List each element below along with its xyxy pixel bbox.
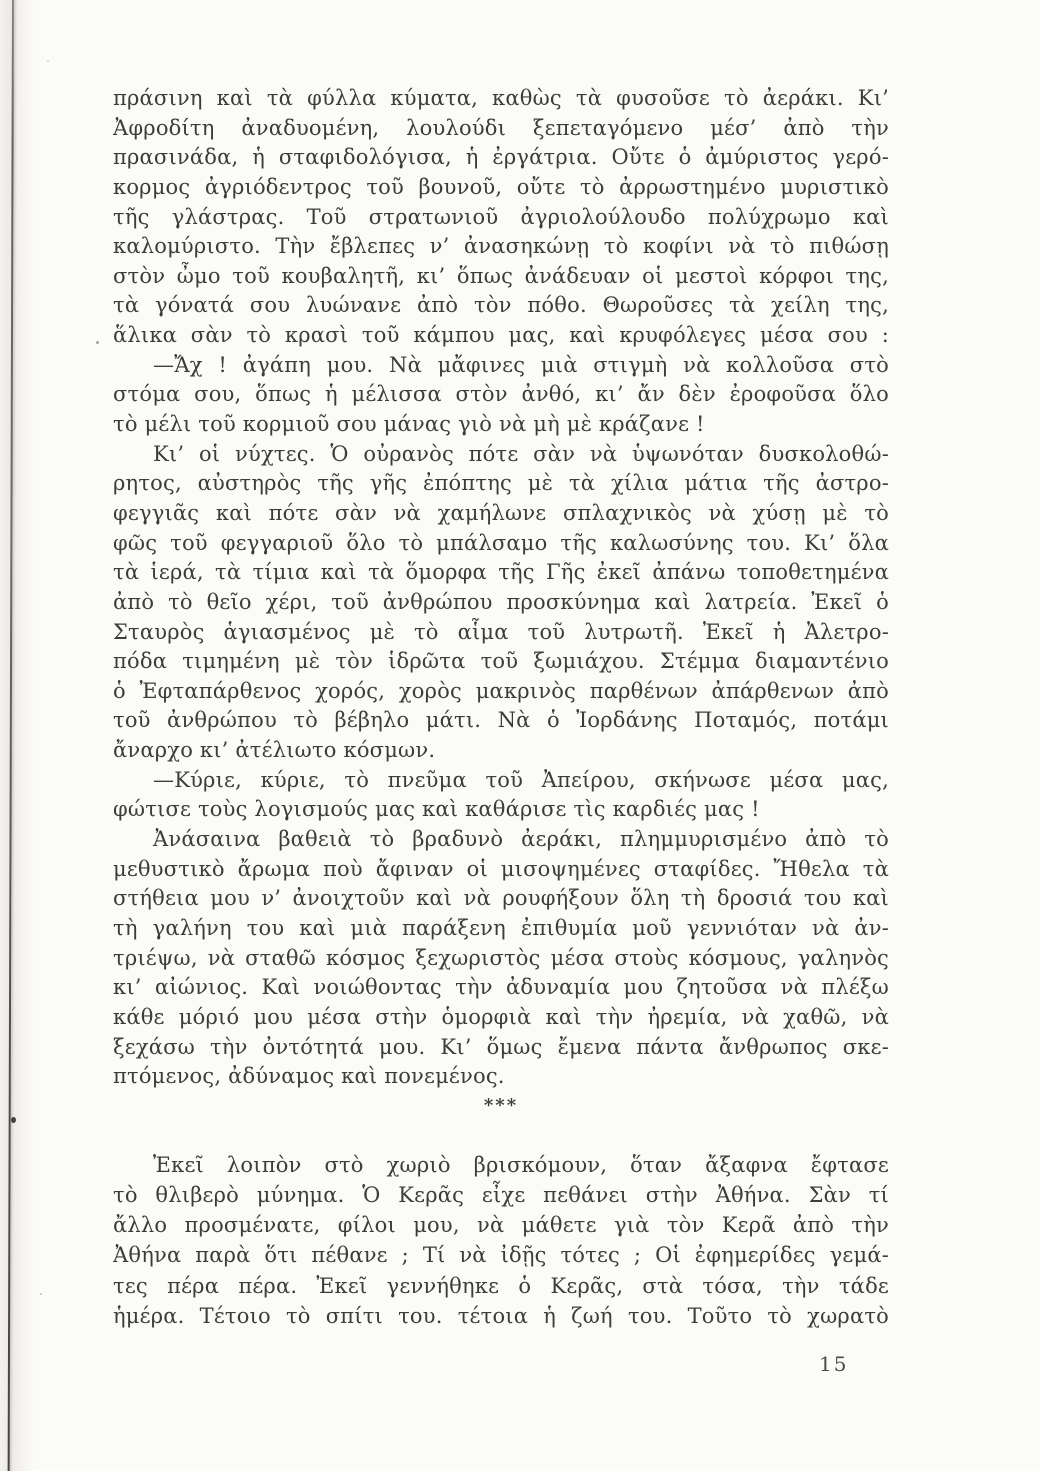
text-column: πράσινη καὶ τὰ φύλλα κύματα, καθὼς τὰ φυ… (113, 84, 889, 1331)
text-line: κάθε μόριό μου μέσα στὴν ὁμορφιὰ καὶ τὴν… (113, 1003, 889, 1033)
text-line: Ἐκεῖ λοιπὸν στὸ χωριὸ βρισκόμουν, ὅταν ἄ… (113, 1150, 889, 1180)
text-line: πόδα τιμημένη μὲ τὸν ἱδρῶτα τοῦ ξωμιάχου… (113, 647, 889, 677)
scan-speck (11, 1117, 16, 1123)
scan-speck (47, 60, 49, 62)
text-line: στόμα σου, ὅπως ἡ μέλισσα στὸν ἀνθό, κι’… (113, 380, 889, 410)
text-line: φώτισε τοὺς λογισμούς μας καὶ καθάρισε τ… (113, 795, 889, 825)
text-line: Ἀθήνα παρὰ ὅτι πέθανε ; Τί νὰ ἰδῇς τότες… (113, 1240, 889, 1270)
text-line: —Ἄχ ! ἀγάπη μου. Νὰ μἄφινες μιὰ στιγμὴ ν… (113, 351, 889, 381)
text-line: —Κύριε, κύριε, τὸ πνεῦμα τοῦ Ἀπείρου, σκ… (113, 766, 889, 796)
page-gutter-shadow (0, 0, 36, 1471)
text-line: ἡμέρα. Τέτοιο τὸ σπίτι του. τέτοια ἡ ζωή… (113, 1301, 889, 1331)
text-line: ἀπὸ τὸ θεῖο χέρι, τοῦ ἀνθρώπου προσκύνημ… (113, 588, 889, 618)
text-line: στὸν ὦμο τοῦ κουβαλητῆ, κι’ ὅπως ἀνάδευα… (113, 262, 889, 292)
text-line: πτόμενος, ἀδύναμος καὶ πονεμένος. (113, 1062, 889, 1092)
text-line: ἄλλο προσμένατε, φίλοι μου, νὰ μάθετε γι… (113, 1210, 889, 1240)
section-separator: *** (113, 1092, 889, 1150)
text-line: φεγγιᾶς καὶ πότε σὰν νὰ χαμήλωνε σπλαχνι… (113, 499, 889, 529)
text-line: Κι’ οἱ νύχτες. Ὁ οὐρανὸς πότε σὰν νὰ ὑψω… (113, 440, 889, 470)
text-line: ἅλικα σὰν τὸ κρασὶ τοῦ κάμπου μας, καὶ κ… (113, 321, 889, 351)
text-line: τὰ γόνατά σου λυώνανε ἀπὸ τὸν πόθο. Θωρο… (113, 291, 889, 321)
text-line: ρητος, αὐστηρὸς τῆς γῆς ἐπόπτης μὲ τὰ χί… (113, 469, 889, 499)
text-line: κορμος ἀγριόδεντρος τοῦ βουνοῦ, οὔτε τὸ … (113, 173, 889, 203)
text-line: κι’ αἰώνιος. Καὶ νοιώθοντας τὴν ἀδυναμία… (113, 973, 889, 1003)
page-number: 15 (819, 1352, 848, 1376)
scan-speck (96, 341, 99, 344)
scan-speck (40, 1293, 42, 1295)
text-line: τὸ μέλι τοῦ κορμιοῦ σου μάνας γιὸ νὰ μὴ … (113, 410, 889, 440)
text-line: καλομύριστο. Τὴν ἔβλεπες ν’ ἀνασηκώνῃ τὸ… (113, 232, 889, 262)
text-line: ὁ Ἐφταπάρθενος χορός, χορὸς μακρινὸς παρ… (113, 677, 889, 707)
body-lines: πράσινη καὶ τὰ φύλλα κύματα, καθὼς τὰ φυ… (113, 84, 889, 1092)
closing-lines: Ἐκεῖ λοιπὸν στὸ χωριὸ βρισκόμουν, ὅταν ἄ… (113, 1150, 889, 1331)
text-line: τες πέρα πέρα. Ἐκεῖ γεννήθηκε ὁ Κερᾶς, σ… (113, 1271, 889, 1301)
text-line: πρασινάδα, ἡ σταφιδολόγισα, ἡ ἐργάτρια. … (113, 143, 889, 173)
text-line: τὴ γαλήνη του καὶ μιὰ παράξενη ἐπιθυμία … (113, 914, 889, 944)
text-line: Ἀφροδίτη ἀναδυομένη, λουλούδι ξεπεταγόμε… (113, 114, 889, 144)
text-line: στήθεια μου ν’ ἀνοιχτοῦν καὶ νὰ ρουφήξου… (113, 884, 889, 914)
text-line: φῶς τοῦ φεγγαριοῦ ὅλο τὸ μπάλσαμο τῆς κα… (113, 529, 889, 559)
text-line: ξεχάσω τὴν ὀντότητά μου. Κι’ ὅμως ἔμενα … (113, 1033, 889, 1063)
scanned-page: πράσινη καὶ τὰ φύλλα κύματα, καθὼς τὰ φυ… (0, 0, 1040, 1471)
text-line: τριέψω, νὰ σταθῶ κόσμος ξεχωριστὸς μέσα … (113, 944, 889, 974)
text-line: τῆς γλάστρας. Τοῦ στρατωνιοῦ ἀγριολούλου… (113, 203, 889, 233)
text-line: ἄναρχο κι’ ἀτέλιωτο κόσμων. (113, 736, 889, 766)
text-line: μεθυστικὸ ἄρωμα ποὺ ἄφιναν οἱ μισοψημένε… (113, 855, 889, 885)
text-line: τοῦ ἀνθρώπου τὸ βέβηλο μάτι. Νὰ ὁ Ἰορδάν… (113, 706, 889, 736)
text-line: τὸ θλιβερὸ μύνημα. Ὁ Κερᾶς εἶχε πεθάνει … (113, 1180, 889, 1210)
text-line: πράσινη καὶ τὰ φύλλα κύματα, καθὼς τὰ φυ… (113, 84, 889, 114)
text-line: τὰ ἱερά, τὰ τίμια καὶ τὰ ὅμορφα τῆς Γῆς … (113, 558, 889, 588)
text-line: Σταυρὸς ἁγιασμένος μὲ τὸ αἷμα τοῦ λυτρωτ… (113, 618, 889, 648)
text-line: Ἀνάσαινα βαθειὰ τὸ βραδυνὸ ἀεράκι, πλημμ… (113, 825, 889, 855)
